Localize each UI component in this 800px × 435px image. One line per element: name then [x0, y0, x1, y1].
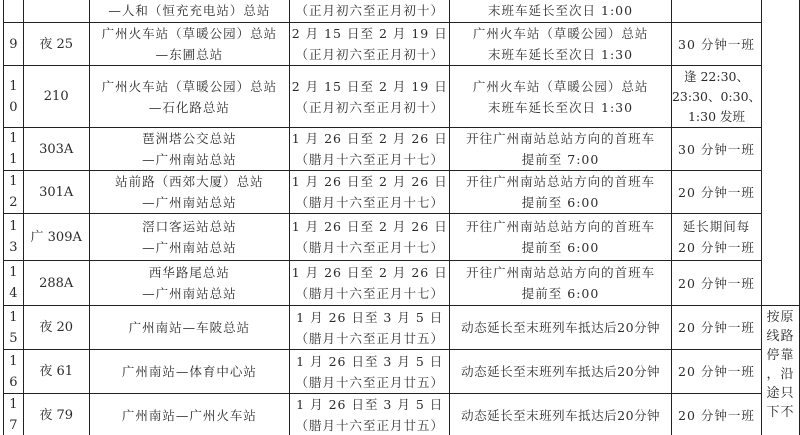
row-index: 11 — [4, 128, 24, 171]
interval-cell: 逢 22:30、23:30、0:30、1:30 发班 — [671, 66, 761, 128]
table-row: 11 303A 琶洲塔公交总站—广州南站总站 1 月 26 日至 2 月 26 … — [4, 128, 800, 171]
table-row: 14 288A 西华路尾总站—广州南站总站 1 月 26 日至 2 月 26 日… — [4, 261, 800, 306]
change-cell: 广州火车站（草暖公园）总站末班车延长至次日 1:30 — [450, 23, 672, 66]
dates-cell: 1 月 26 日至 3 月 5 日（腊月十六至正月廿五） — [290, 306, 450, 350]
interval-cell: 20 分钟一班 — [671, 171, 761, 214]
row-index: 17 — [4, 394, 24, 435]
row-index — [4, 0, 24, 23]
row-index: 15 — [4, 306, 24, 350]
table-row: 16 夜 61 广州南站—体育中心站 1 月 26 日至 3 月 5 日（腊月十… — [4, 350, 800, 394]
dates-cell: 1 月 26 日至 2 月 26 日（腊月十六至正月十七） — [290, 128, 450, 171]
change-cell: 广州火车站（草暖公园）总站末班车延长至次日 1:30 — [450, 66, 672, 128]
dates-cell: （正月初六至正月初十） — [290, 0, 450, 23]
route-number: 夜 25 — [23, 23, 89, 66]
interval-cell: 延长期间每20 分钟一班 — [671, 214, 761, 261]
stations-cell: 广州火车站（草暖公园）总站—东圃总站 — [89, 23, 290, 66]
interval-cell: 30 分钟一班 — [671, 23, 761, 66]
stations-cell: 滘口客运站总站—广州南站总站 — [89, 214, 290, 261]
table-row: 15 夜 20 广州南站—车陂总站 1 月 26 日至 3 月 5 日（腊月十六… — [4, 306, 800, 350]
row-index: 13 — [4, 214, 24, 261]
stations-cell: 站前路（西郊大厦）总站—广州南站总站 — [89, 171, 290, 214]
dates-cell: 1 月 26 日至 3 月 5 日（腊月十六至正月廿五） — [290, 394, 450, 435]
stations-cell: 广州南站—车陂总站 — [89, 306, 290, 350]
row-index: 12 — [4, 171, 24, 214]
change-cell: 开往广州南站总站方向的首班车提前至 6:00 — [450, 171, 672, 214]
route-number: 广 309A — [23, 214, 89, 261]
stations-cell: 西华路尾总站—广州南站总站 — [89, 261, 290, 306]
row-index: 10 — [4, 66, 24, 128]
table-row: 10 210 广州火车站（草暖公园）总站—石化路总站 2 月 15 日至 2 月… — [4, 66, 800, 128]
dates-cell: 1 月 26 日至 2 月 26 日（腊月十六至正月十七） — [290, 171, 450, 214]
route-number: 210 — [23, 66, 89, 128]
dates-cell: 2 月 15 日至 2 月 19 日（正月初六至正月初十） — [290, 66, 450, 128]
change-cell: 动态延长至末班列车抵达后20分钟 — [450, 350, 672, 394]
change-cell: 开往广州南站总站方向的首班车提前至 6:00 — [450, 214, 672, 261]
table-row: 17 夜 79 广州南站—广州火车站 1 月 26 日至 3 月 5 日（腊月十… — [4, 394, 800, 435]
stations-cell: 琶洲塔公交总站—广州南站总站 — [89, 128, 290, 171]
interval-cell: 20 分钟一班 — [671, 306, 761, 350]
interval-cell: 20 分钟一班 — [671, 350, 761, 394]
dates-cell: 2 月 15 日至 2 月 19 日（正月初六至正月初十） — [290, 23, 450, 66]
row-index: 16 — [4, 350, 24, 394]
stations-cell: —人和（恒充充电站）总站 — [89, 0, 290, 23]
interval-cell: 30 分钟一班 — [671, 128, 761, 171]
change-cell: 开往广州南站总站方向的首班车提前至 7:00 — [450, 128, 672, 171]
dates-cell: 1 月 26 日至 2 月 26 日（腊月十六至正月十七） — [290, 214, 450, 261]
row-index: 14 — [4, 261, 24, 306]
stations-cell: 广州火车站（草暖公园）总站—石化路总站 — [89, 66, 290, 128]
route-number: 301A — [23, 171, 89, 214]
bus-schedule-table: —人和（恒充充电站）总站 （正月初六至正月初十） 末班车延长至次日 1:00 9… — [3, 0, 800, 435]
route-number: 夜 61 — [23, 350, 89, 394]
change-cell: 末班车延长至次日 1:00 — [450, 0, 672, 23]
row-index: 9 — [4, 23, 24, 66]
change-cell: 开往广州南站总站方向的首班车提前至 6:00 — [450, 261, 672, 306]
dates-cell: 1 月 26 日至 2 月 26 日（腊月十六至正月十七） — [290, 261, 450, 306]
change-cell: 动态延长至末班列车抵达后20分钟 — [450, 306, 672, 350]
dates-cell: 1 月 26 日至 3 月 5 日（腊月十六至正月廿五） — [290, 350, 450, 394]
table-row: 9 夜 25 广州火车站（草暖公园）总站—东圃总站 2 月 15 日至 2 月 … — [4, 23, 800, 66]
stations-cell: 广州南站—体育中心站 — [89, 350, 290, 394]
table-row: —人和（恒充充电站）总站 （正月初六至正月初十） 末班车延长至次日 1:00 — [4, 0, 800, 23]
change-cell: 动态延长至末班列车抵达后20分钟 — [450, 394, 672, 435]
stations-cell: 广州南站—广州火车站 — [89, 394, 290, 435]
table-row: 12 301A 站前路（西郊大厦）总站—广州南站总站 1 月 26 日至 2 月… — [4, 171, 800, 214]
interval-cell — [671, 0, 761, 23]
route-number: 夜 79 — [23, 394, 89, 435]
note-cell-empty — [762, 0, 800, 306]
route-number — [23, 0, 89, 23]
route-number: 288A — [23, 261, 89, 306]
table-row: 13 广 309A 滘口客运站总站—广州南站总站 1 月 26 日至 2 月 2… — [4, 214, 800, 261]
route-number: 303A — [23, 128, 89, 171]
interval-cell: 20 分钟一班 — [671, 261, 761, 306]
note-cell: 按原 线路 停靠 ，沿 途只 下不 — [762, 306, 800, 435]
interval-cell: 20 分钟一班 — [671, 394, 761, 435]
route-number: 夜 20 — [23, 306, 89, 350]
